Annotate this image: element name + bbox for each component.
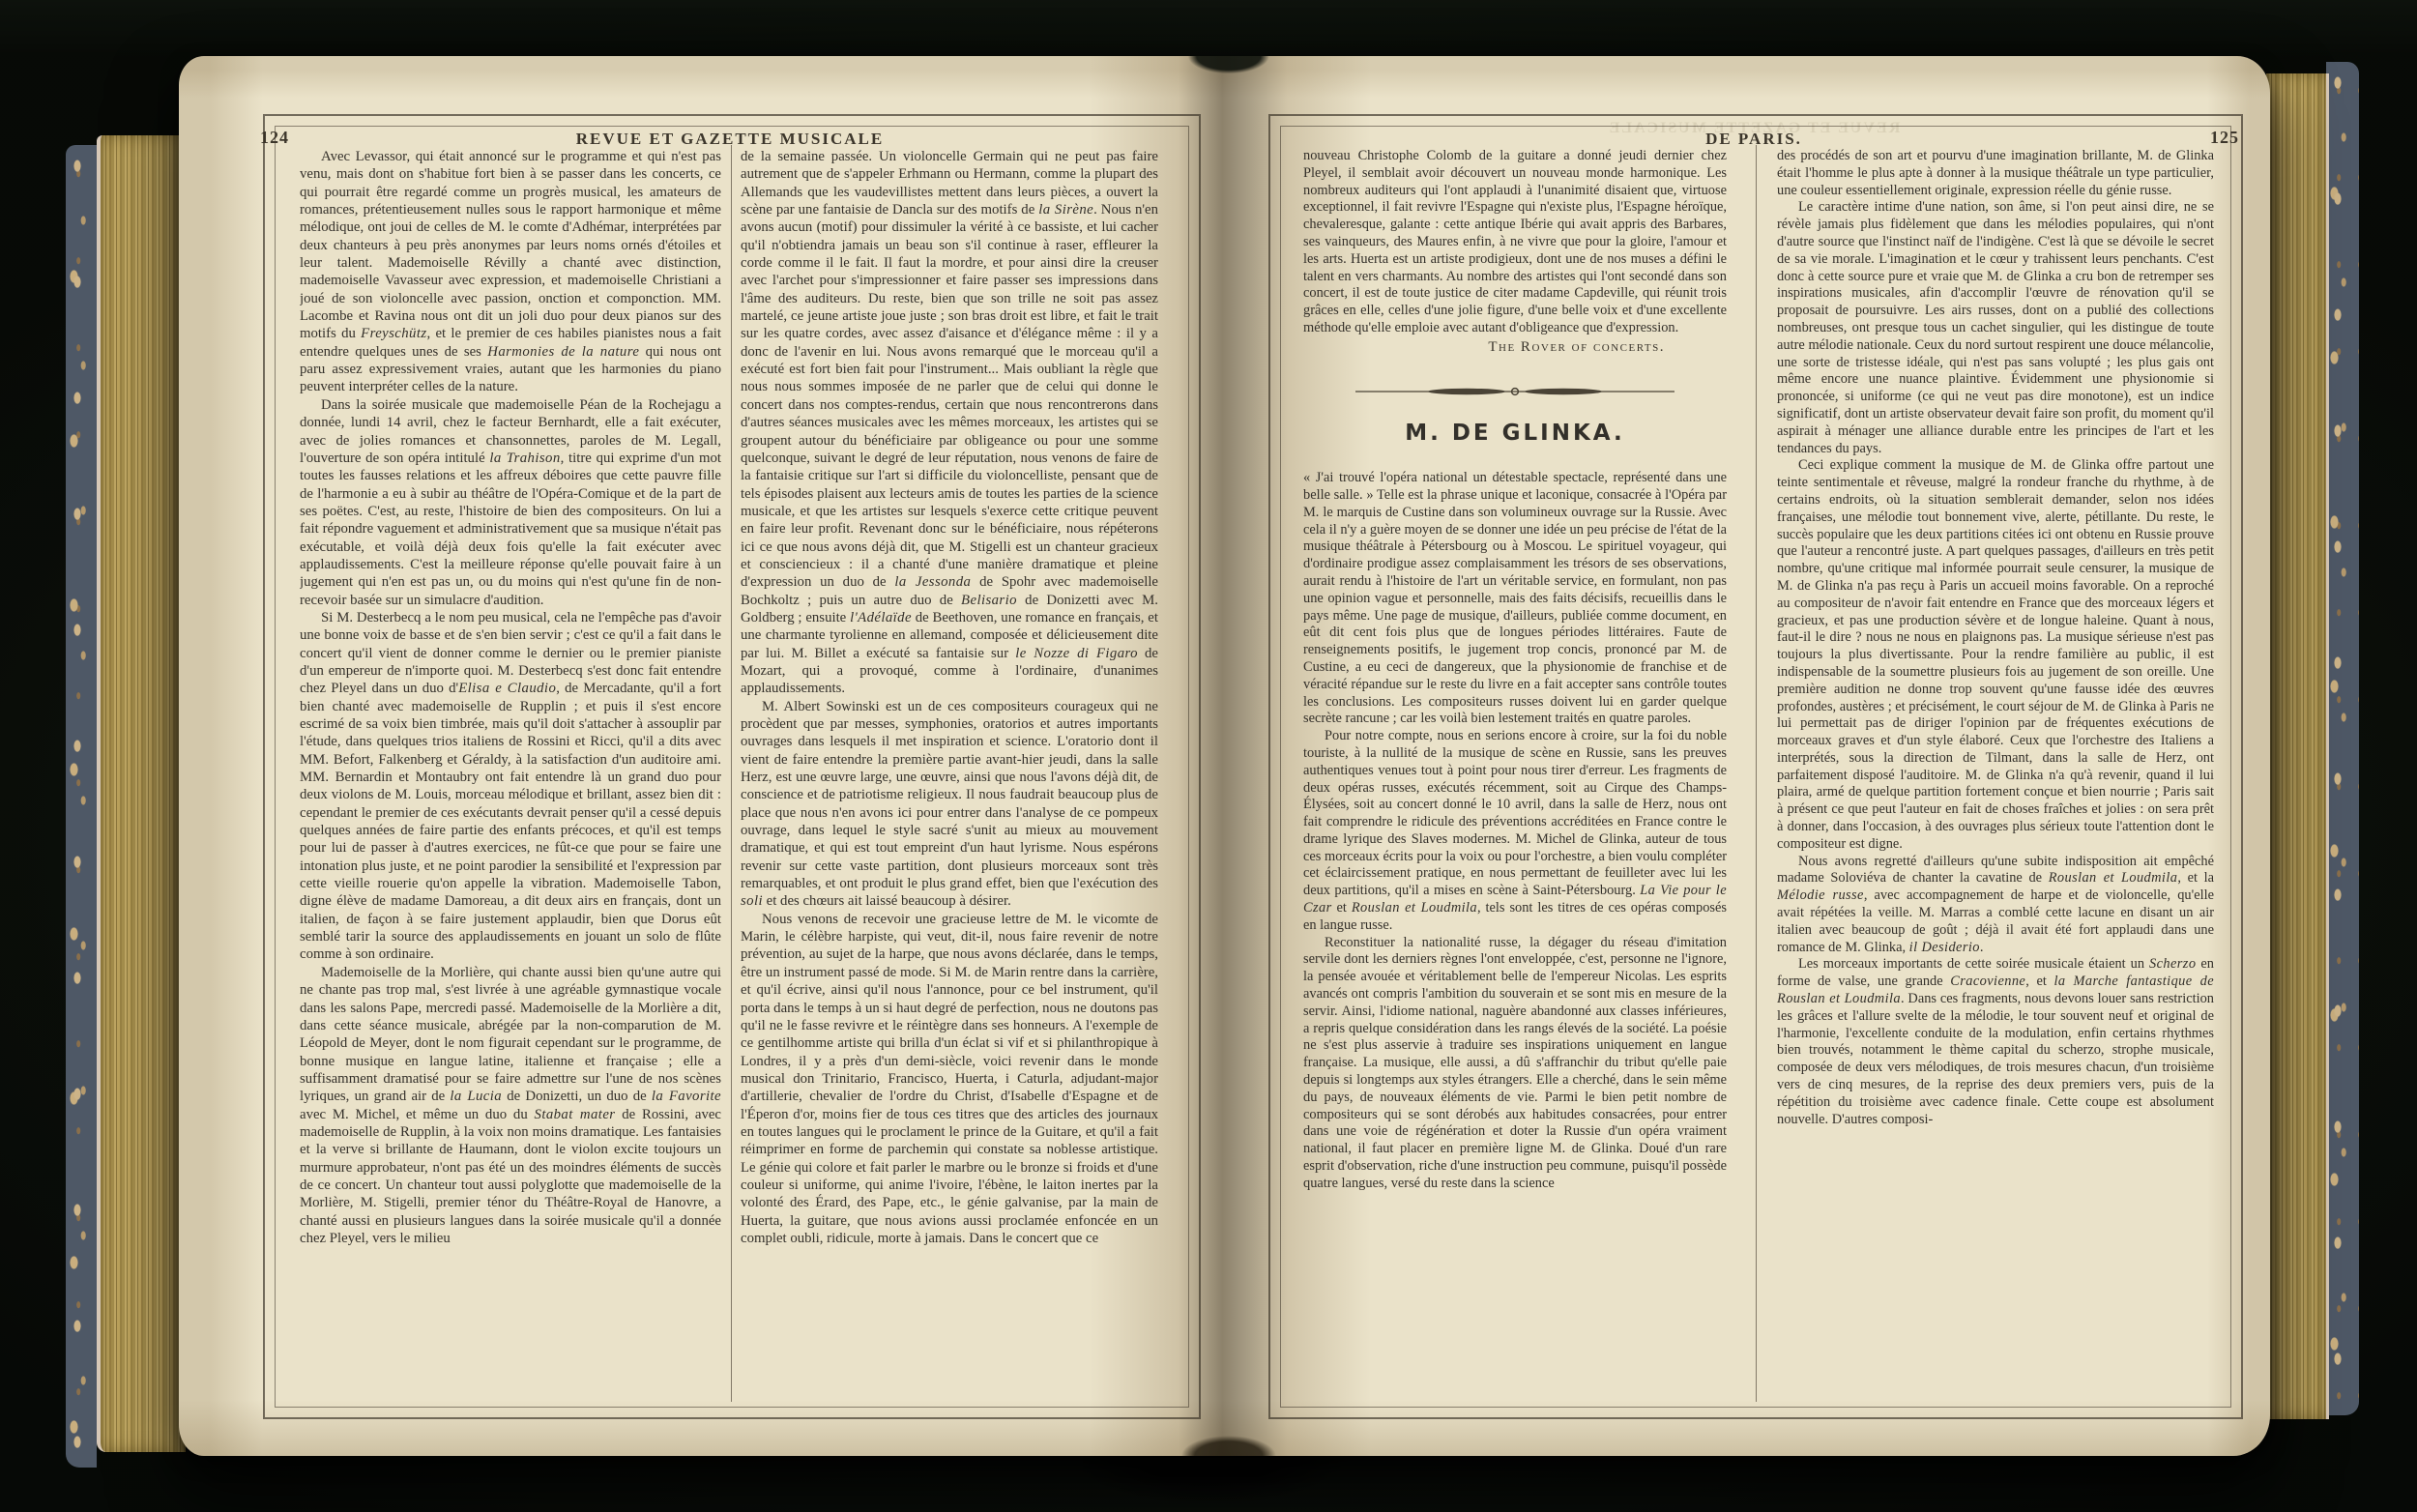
left-page-column-2: de la semaine passée. Un violoncelle Ger…	[741, 148, 1158, 1401]
column-1-article: « J'ai trouvé l'opéra national un détest…	[1303, 470, 1727, 1192]
paragraph: Reconstituer la nationalité russe, la dé…	[1303, 935, 1727, 1193]
open-book-pages: 124 REVUE ET GAZETTE MUSICALE Avec Levas…	[179, 56, 2270, 1456]
marbled-board-edge-right	[2326, 62, 2359, 1415]
paragraph: Mademoiselle de la Morlière, qui chante …	[300, 964, 721, 1248]
column-1-intro: nouveau Christophe Colomb de la guitare …	[1303, 148, 1727, 337]
column-rule-right-page	[1756, 145, 1757, 1402]
right-page-column-2: des procédés de son art et pourvu d'une …	[1777, 148, 2214, 1401]
page-block-edge-right	[2266, 73, 2329, 1419]
left-page-column-1: Avec Levassor, qui était annoncé sur le …	[300, 148, 721, 1401]
scanned-book-spread: { "journal": { "paper_color": "#eae2c9",…	[0, 0, 2417, 1512]
paragraph: Ceci explique comment la musique de M. d…	[1777, 457, 2214, 853]
column-rule-left-page	[731, 145, 732, 1402]
paragraph: Dans la soirée musicale que mademoiselle…	[300, 396, 721, 609]
paragraph: Nous venons de recevoir une gracieuse le…	[741, 911, 1158, 1248]
section-divider	[1303, 386, 1727, 403]
paragraph: des procédés de son art et pourvu d'une …	[1777, 148, 2214, 199]
paragraph: Si M. Desterbecq a le nom peu musical, c…	[300, 609, 721, 964]
article-heading: M. DE GLINKA.	[1303, 425, 1727, 443]
article-signature: The Rover of concerts.	[1303, 339, 1665, 357]
paragraph: Pour notre compte, nous en serions encor…	[1303, 728, 1727, 935]
paragraph: Nous avons regretté d'ailleurs qu'une su…	[1777, 854, 2214, 957]
paragraph: Les morceaux importants de cette soirée …	[1777, 956, 2214, 1128]
paragraph: « J'ai trouvé l'opéra national un détest…	[1303, 470, 1727, 728]
page-block-edge-left	[97, 135, 186, 1452]
paragraph: de la semaine passée. Un violoncelle Ger…	[741, 148, 1158, 698]
paragraph: nouveau Christophe Colomb de la guitare …	[1303, 148, 1727, 337]
divider-ornament-icon	[1355, 386, 1674, 397]
marbled-board-edge-left	[66, 145, 97, 1468]
paragraph: Avec Levassor, qui était annoncé sur le …	[300, 148, 721, 396]
right-page-column-1: nouveau Christophe Colomb de la guitare …	[1303, 148, 1727, 1401]
paragraph: Le caractère intime d'une nation, son âm…	[1777, 199, 2214, 457]
paragraph: M. Albert Sowinski est un de ces composi…	[741, 698, 1158, 911]
